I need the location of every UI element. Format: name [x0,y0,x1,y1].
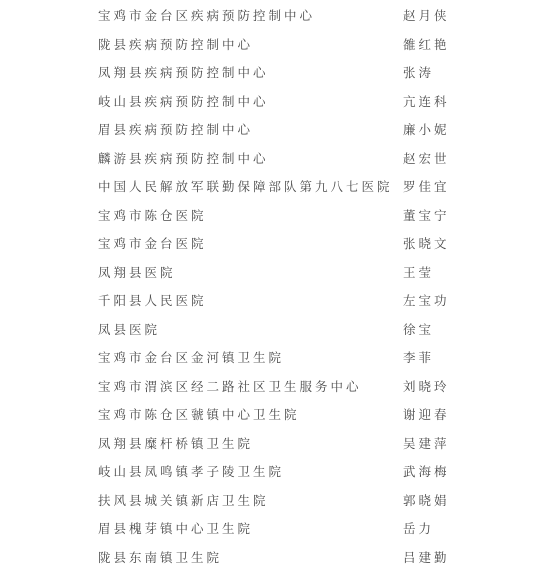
list-row: 岐山县疾病预防控制中心 亢连科 [0,95,550,124]
list-row: 千阳县人民医院 左宝功 [0,294,550,323]
name-cell: 左宝功 [403,294,450,308]
institution-cell: 宝鸡市陈仓区虢镇中心卫生院 [98,408,300,422]
recipient-list: 宝鸡市金台区疾病预防控制中心 赵月侠 陇县疾病预防控制中心 雒红艳 凤翔县疾病预… [0,9,550,579]
name-cell: 李菲 [403,351,434,365]
name-cell: 董宝宁 [403,209,450,223]
institution-cell: 扶风县城关镇新店卫生院 [98,494,269,508]
name-cell: 廉小妮 [403,123,450,137]
list-row: 宝鸡市陈仓医院 董宝宁 [0,209,550,238]
list-row: 眉县疾病预防控制中心 廉小妮 [0,123,550,152]
name-cell: 张涛 [403,66,434,80]
institution-cell: 岐山县疾病预防控制中心 [98,95,269,109]
institution-cell: 眉县槐芽镇中心卫生院 [98,522,253,536]
list-row: 陇县疾病预防控制中心 雒红艳 [0,38,550,67]
list-row: 宝鸡市渭滨区经二路社区卫生服务中心 刘晓玲 [0,380,550,409]
list-row: 凤翔县医院 王莹 [0,266,550,295]
list-row: 宝鸡市金台区疾病预防控制中心 赵月侠 [0,9,550,38]
institution-cell: 宝鸡市金台区金河镇卫生院 [98,351,284,365]
list-row: 陇县东南镇卫生院 吕建勤 [0,551,550,579]
list-row: 凤翔县糜杆桥镇卫生院 吴建萍 [0,437,550,466]
list-row: 扶风县城关镇新店卫生院 郭晓娟 [0,494,550,523]
list-row: 中国人民解放军联勤保障部队第九八七医院 罗佳宜 [0,180,550,209]
list-row: 眉县槐芽镇中心卫生院 岳力 [0,522,550,551]
institution-cell: 陇县疾病预防控制中心 [98,38,253,52]
list-row: 宝鸡市陈仓区虢镇中心卫生院 谢迎春 [0,408,550,437]
name-cell: 岳力 [403,522,434,536]
institution-cell: 岐山县凤鸣镇孝子陵卫生院 [98,465,284,479]
name-cell: 郭晓娟 [403,494,450,508]
list-row: 宝鸡市金台医院 张晓文 [0,237,550,266]
document-page: 宝鸡市金台区疾病预防控制中心 赵月侠 陇县疾病预防控制中心 雒红艳 凤翔县疾病预… [0,0,550,579]
name-cell: 谢迎春 [403,408,450,422]
institution-cell: 中国人民解放军联勤保障部队第九八七医院 [98,180,393,194]
name-cell: 武海梅 [403,465,450,479]
list-row: 岐山县凤鸣镇孝子陵卫生院 武海梅 [0,465,550,494]
institution-cell: 宝鸡市金台医院 [98,237,207,251]
name-cell: 徐宝 [403,323,434,337]
list-row: 凤翔县疾病预防控制中心 张涛 [0,66,550,95]
name-cell: 雒红艳 [403,38,450,52]
name-cell: 亢连科 [403,95,450,109]
name-cell: 罗佳宜 [403,180,450,194]
institution-cell: 宝鸡市金台区疾病预防控制中心 [98,9,315,23]
institution-cell: 陇县东南镇卫生院 [98,551,222,565]
list-row: 凤县医院 徐宝 [0,323,550,352]
name-cell: 吴建萍 [403,437,450,451]
name-cell: 张晓文 [403,237,450,251]
name-cell: 赵月侠 [403,9,450,23]
institution-cell: 宝鸡市陈仓医院 [98,209,207,223]
institution-cell: 凤翔县糜杆桥镇卫生院 [98,437,253,451]
institution-cell: 麟游县疾病预防控制中心 [98,152,269,166]
institution-cell: 千阳县人民医院 [98,294,207,308]
name-cell: 吕建勤 [403,551,450,565]
institution-cell: 凤翔县疾病预防控制中心 [98,66,269,80]
name-cell: 赵宏世 [403,152,450,166]
institution-cell: 眉县疾病预防控制中心 [98,123,253,137]
list-row: 麟游县疾病预防控制中心 赵宏世 [0,152,550,181]
institution-cell: 凤县医院 [98,323,160,337]
institution-cell: 宝鸡市渭滨区经二路社区卫生服务中心 [98,380,362,394]
institution-cell: 凤翔县医院 [98,266,176,280]
name-cell: 刘晓玲 [403,380,450,394]
name-cell: 王莹 [403,266,434,280]
list-row: 宝鸡市金台区金河镇卫生院 李菲 [0,351,550,380]
